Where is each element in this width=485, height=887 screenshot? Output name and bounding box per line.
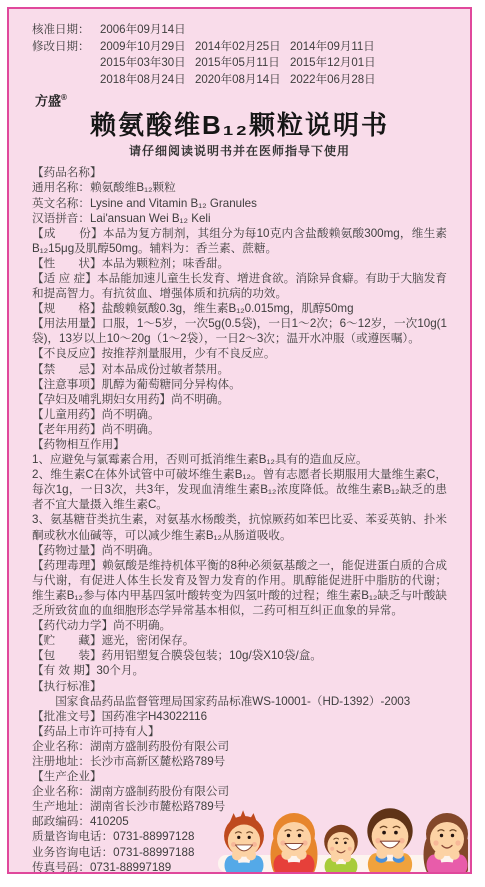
leaflet-paragraph: 2、维生素C在体外试管中可破坏维生素B₁₂。曾有志愿者长期服用大量维生素C，每次… bbox=[32, 467, 447, 512]
revision-date: 2022年06月28日 bbox=[290, 72, 385, 89]
leaflet-paragraph: 【不良反应】按推荐剂量服用，少有不良反应。 bbox=[32, 346, 447, 361]
leaflet-paragraph: 生产地址：湖南省长沙市麓松路789号 bbox=[32, 799, 447, 814]
revision-dates: 2009年10月29日2014年02月25日2014年09月11日2015年03… bbox=[100, 39, 447, 89]
leaflet-paragraph: 【禁 忌】对本品成份过敏者禁用。 bbox=[32, 362, 447, 377]
leaflet-paragraph: 【药物相互作用】 bbox=[32, 437, 447, 452]
leaflet-paragraph: 业务咨询电话：0731-88997188 bbox=[32, 845, 447, 860]
leaflet-paragraph: 【生产企业】 bbox=[32, 769, 447, 784]
revision-date: 2015年12月01日 bbox=[290, 55, 385, 72]
approval-date-row: 核准日期： 2006年09月14日 bbox=[32, 22, 447, 39]
brand-logo: 方盛® bbox=[35, 91, 447, 108]
leaflet-content: 核准日期： 2006年09月14日 修改日期： 2009年10月29日2014年… bbox=[9, 9, 470, 874]
leaflet-paragraph: 【儿童用药】尚不明确。 bbox=[32, 407, 447, 422]
leaflet-paragraph: 【适 应 症】本品能加速儿童生长发育、增进食欲。消除异食癖。有助于大脑发育和提高… bbox=[32, 271, 447, 301]
leaflet-paragraph: 【药物过量】尚不明确。 bbox=[32, 543, 447, 558]
revision-date-label: 修改日期： bbox=[32, 39, 100, 56]
leaflet-paragraph: 1、应避免与氯霉素合用，否则可抵消维生素B₁₂具有的造血反应。 bbox=[32, 452, 447, 467]
leaflet-paragraph: 【有 效 期】30个月。 bbox=[32, 663, 447, 678]
leaflet-paragraph: 英文名称：Lysine and Vitamin B₁₂ Granules bbox=[32, 196, 447, 211]
brand-name: 方盛 bbox=[35, 93, 61, 108]
leaflet-subtitle: 请仔细阅读说明书并在医师指导下使用 bbox=[32, 144, 447, 159]
leaflet-paragraph: 通用名称：赖氨酸维B₁₂颗粒 bbox=[32, 180, 447, 195]
leaflet-title: 赖氨酸维B₁₂颗粒说明书 bbox=[32, 109, 447, 141]
leaflet-paragraph: 【药品名称】 bbox=[32, 165, 447, 180]
leaflet-body: 【药品名称】通用名称：赖氨酸维B₁₂颗粒英文名称：Lysine and Vita… bbox=[32, 165, 447, 874]
approval-date-label: 核准日期： bbox=[32, 22, 100, 39]
leaflet-paragraph: 【孕妇及哺乳期妇女用药】尚不明确。 bbox=[32, 392, 447, 407]
leaflet-paragraph: 【贮 藏】遮光，密闭保存。 bbox=[32, 633, 447, 648]
leaflet-paragraph: 邮政编码：410205 bbox=[32, 814, 447, 829]
revision-date-row: 修改日期： 2009年10月29日2014年02月25日2014年09月11日2… bbox=[32, 39, 447, 89]
leaflet-paragraph: 国家食品药品监督管理局国家药品标准WS-10001-（HD-1392）-2003 bbox=[32, 694, 447, 709]
leaflet-paragraph: 注册地址：长沙市高新区麓松路789号 bbox=[32, 754, 447, 769]
revision-date: 2020年08月14日 bbox=[195, 72, 290, 89]
leaflet-sheet: 核准日期： 2006年09月14日 修改日期： 2009年10月29日2014年… bbox=[7, 7, 472, 874]
revision-date: 2015年05月11日 bbox=[195, 55, 290, 72]
leaflet-paragraph: 【批准文号】国药准字H43022116 bbox=[32, 709, 447, 724]
revision-date: 2014年02月25日 bbox=[195, 39, 290, 56]
leaflet-paragraph: 【注意事项】肌醇为葡萄糖同分异构体。 bbox=[32, 377, 447, 392]
leaflet-paragraph: 【老年用药】尚不明确。 bbox=[32, 422, 447, 437]
leaflet-paragraph: 【药代动力学】尚不明确。 bbox=[32, 618, 447, 633]
revision-date: 2015年03年30日 bbox=[100, 55, 195, 72]
leaflet-paragraph: 【药理毒理】赖氨酸是维持机体平衡的8种必须氨基酸之一，能促进蛋白质的合成与代谢，… bbox=[32, 558, 447, 618]
leaflet-paragraph: 企业名称：湖南方盛制药股份有限公司 bbox=[32, 739, 447, 754]
leaflet-paragraph: 汉语拼音：Lai'ansuan Wei B₁₂ Keli bbox=[32, 211, 447, 226]
leaflet-paragraph: 3、氨基糖苷类抗生素，对氨基水杨酸类，抗惊厥药如苯巴比妥、苯妥英钠、扑米酮或秋水… bbox=[32, 512, 447, 542]
revision-date: 2009年10月29日 bbox=[100, 39, 195, 56]
approval-dates-block: 核准日期： 2006年09月14日 修改日期： 2009年10月29日2014年… bbox=[32, 22, 447, 88]
leaflet-paragraph: 【用法用量】口服，1～5岁，一次5g(0.5袋)，一日1～2次；6～12岁，一次… bbox=[32, 316, 447, 346]
leaflet-paragraph: 【成 份】本品为复方制剂，其组分为每10克内含盐酸赖氨酸300mg，维生素B₁₂… bbox=[32, 226, 447, 256]
leaflet-paragraph: 传真号码：0731-88997189 bbox=[32, 860, 447, 874]
leaflet-paragraph: 企业名称：湖南方盛制药股份有限公司 bbox=[32, 784, 447, 799]
leaflet-paragraph: 【规 格】盐酸赖氨酸0.3g，维生素B₁₂0.015mg，肌醇50mg bbox=[32, 301, 447, 316]
leaflet-paragraph: 【药品上市许可持有人】 bbox=[32, 724, 447, 739]
leaflet-paragraph: 【包 装】药用铝塑复合膜袋包装；10g/袋X10袋/盒。 bbox=[32, 648, 447, 663]
registered-trademark-mark: ® bbox=[61, 93, 67, 102]
leaflet-paragraph: 【执行标准】 bbox=[32, 679, 447, 694]
revision-date: 2014年09月11日 bbox=[290, 39, 385, 56]
leaflet-paragraph: 【性 状】本品为颗粒剂；味香甜。 bbox=[32, 256, 447, 271]
revision-date: 2018年08月24日 bbox=[100, 72, 195, 89]
leaflet-paragraph: 质量咨询电话：0731-88997128 bbox=[32, 829, 447, 844]
approval-date-value: 2006年09月14日 bbox=[100, 22, 195, 39]
